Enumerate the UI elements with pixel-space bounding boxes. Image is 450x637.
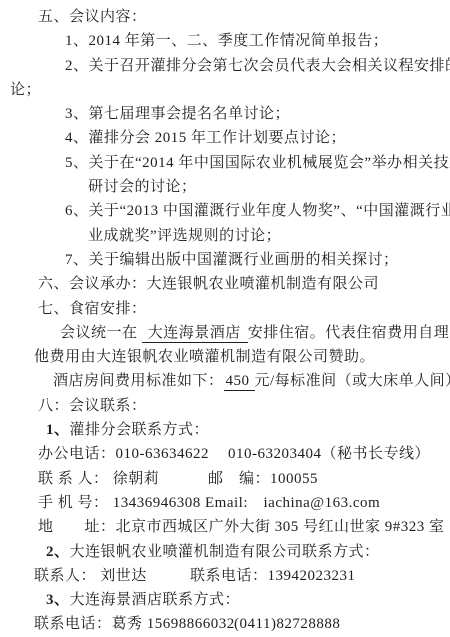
contact-group-2-title: 大连银帆农业喷灌机制造有限公司联系方式： bbox=[70, 544, 380, 560]
agenda-item-7: 7、关于编辑出版中国灌溉行业画册的相关探讨； bbox=[0, 248, 450, 272]
price-value-underlined: 450 bbox=[224, 373, 255, 391]
agenda-item-2-line-1: 2、关于召开灌排分会第七次会员代表大会相关议程安排的讨 bbox=[0, 54, 450, 78]
contact-group-2-heading: 2、大连银帆农业喷灌机制造有限公司联系方式： bbox=[0, 540, 450, 564]
section-6-line: 六、会议承办：大连银帆农业喷灌机制造有限公司 bbox=[0, 272, 450, 296]
email-right: Email: iachina@163.com bbox=[205, 495, 380, 511]
contact-2-person-left: 联系人： 刘世达 bbox=[34, 564, 190, 588]
contact-group-3-number: 3、 bbox=[46, 592, 70, 608]
lodging-text-before: 会议统一在 bbox=[60, 325, 142, 341]
contact-2-row: 联系人： 刘世达联系电话：13942023231 bbox=[0, 564, 450, 588]
address-row: 地 址：北京市西城区广外大街 305 号红山世家 9#323 室 bbox=[0, 515, 450, 539]
postal-code-right: 邮 编：100055 bbox=[208, 471, 318, 487]
price-unit: 元/每标准间（或大床单人间）。 bbox=[255, 373, 450, 389]
agenda-item-5-line-2: 研讨会的讨论； bbox=[0, 175, 450, 199]
contact-3-phone-right: (0411)82728888 bbox=[234, 616, 340, 632]
lodging-line-1: 会议统一在 大连海景酒店安排住宿。代表住宿费用自理，其 bbox=[0, 321, 450, 345]
agenda-item-6-line-1: 6、关于“2013 中国灌溉行业年度人物奖”、“中国灌溉行业工 bbox=[0, 199, 450, 223]
mobile-number-left: 手 机 号： 13436946308 bbox=[38, 491, 205, 515]
section-8-heading: 八：会议联系： bbox=[0, 394, 450, 418]
price-label: 酒店房间费用标准如下： bbox=[53, 373, 224, 389]
document-page: 五、会议内容： 1、2014 年第一、二、季度工作情况简单报告； 2、关于召开灌… bbox=[0, 0, 450, 637]
hotel-name-underlined: 大连海景酒店 bbox=[142, 325, 248, 343]
contact-group-2-number: 2、 bbox=[46, 544, 70, 560]
contact-3-row: 联系电话：葛秀 15698866032(0411)82728888 bbox=[0, 612, 450, 636]
room-price-line: 酒店房间费用标准如下：450元/每标准间（或大床单人间）。 bbox=[0, 369, 450, 393]
contact-person-row: 联 系 人： 徐朝莉邮 编：100055 bbox=[0, 467, 450, 491]
lodging-line-2: 他费用由大连银帆农业喷灌机制造有限公司赞助。 bbox=[0, 345, 450, 369]
agenda-item-4: 4、灌排分会 2015 年工作计划要点讨论； bbox=[0, 126, 450, 150]
contact-3-phone-left: 联系电话：葛秀 15698866032 bbox=[34, 612, 234, 636]
contact-group-3-title: 大连海景酒店联系方式： bbox=[70, 592, 241, 608]
office-phone-row: 办公电话：010-63634622010-63203404（秘书长专线） bbox=[0, 442, 450, 466]
office-phone-left: 办公电话：010-63634622 bbox=[38, 442, 228, 466]
contact-group-1-number: 1、 bbox=[46, 422, 70, 438]
agenda-item-2-line-2: 论； bbox=[0, 78, 450, 102]
office-phone-right: 010-63203404（秘书长专线） bbox=[228, 446, 430, 462]
section-5-heading: 五、会议内容： bbox=[0, 5, 450, 29]
mobile-email-row: 手 机 号： 13436946308Email: iachina@163.com bbox=[0, 491, 450, 515]
agenda-item-1: 1、2014 年第一、二、季度工作情况简单报告； bbox=[0, 29, 450, 53]
agenda-item-6-line-2: 业成就奖”评选规则的讨论； bbox=[0, 224, 450, 248]
agenda-item-3: 3、第七届理事会提名名单讨论； bbox=[0, 102, 450, 126]
contact-group-1-heading: 1、灌排分会联系方式： bbox=[0, 418, 450, 442]
contact-2-phone-right: 联系电话：13942023231 bbox=[190, 568, 356, 584]
lodging-text-after: 安排住宿。代表住宿费用自理，其 bbox=[248, 325, 450, 341]
section-7-heading: 七、食宿安排： bbox=[0, 297, 450, 321]
contact-group-3-heading: 3、大连海景酒店联系方式： bbox=[0, 588, 450, 612]
contact-group-1-title: 灌排分会联系方式： bbox=[70, 422, 210, 438]
agenda-item-5-line-1: 5、关于在“2014 年中国国际农业机械展览会”举办相关技术 bbox=[0, 151, 450, 175]
contact-person-left: 联 系 人： 徐朝莉 bbox=[38, 467, 208, 491]
